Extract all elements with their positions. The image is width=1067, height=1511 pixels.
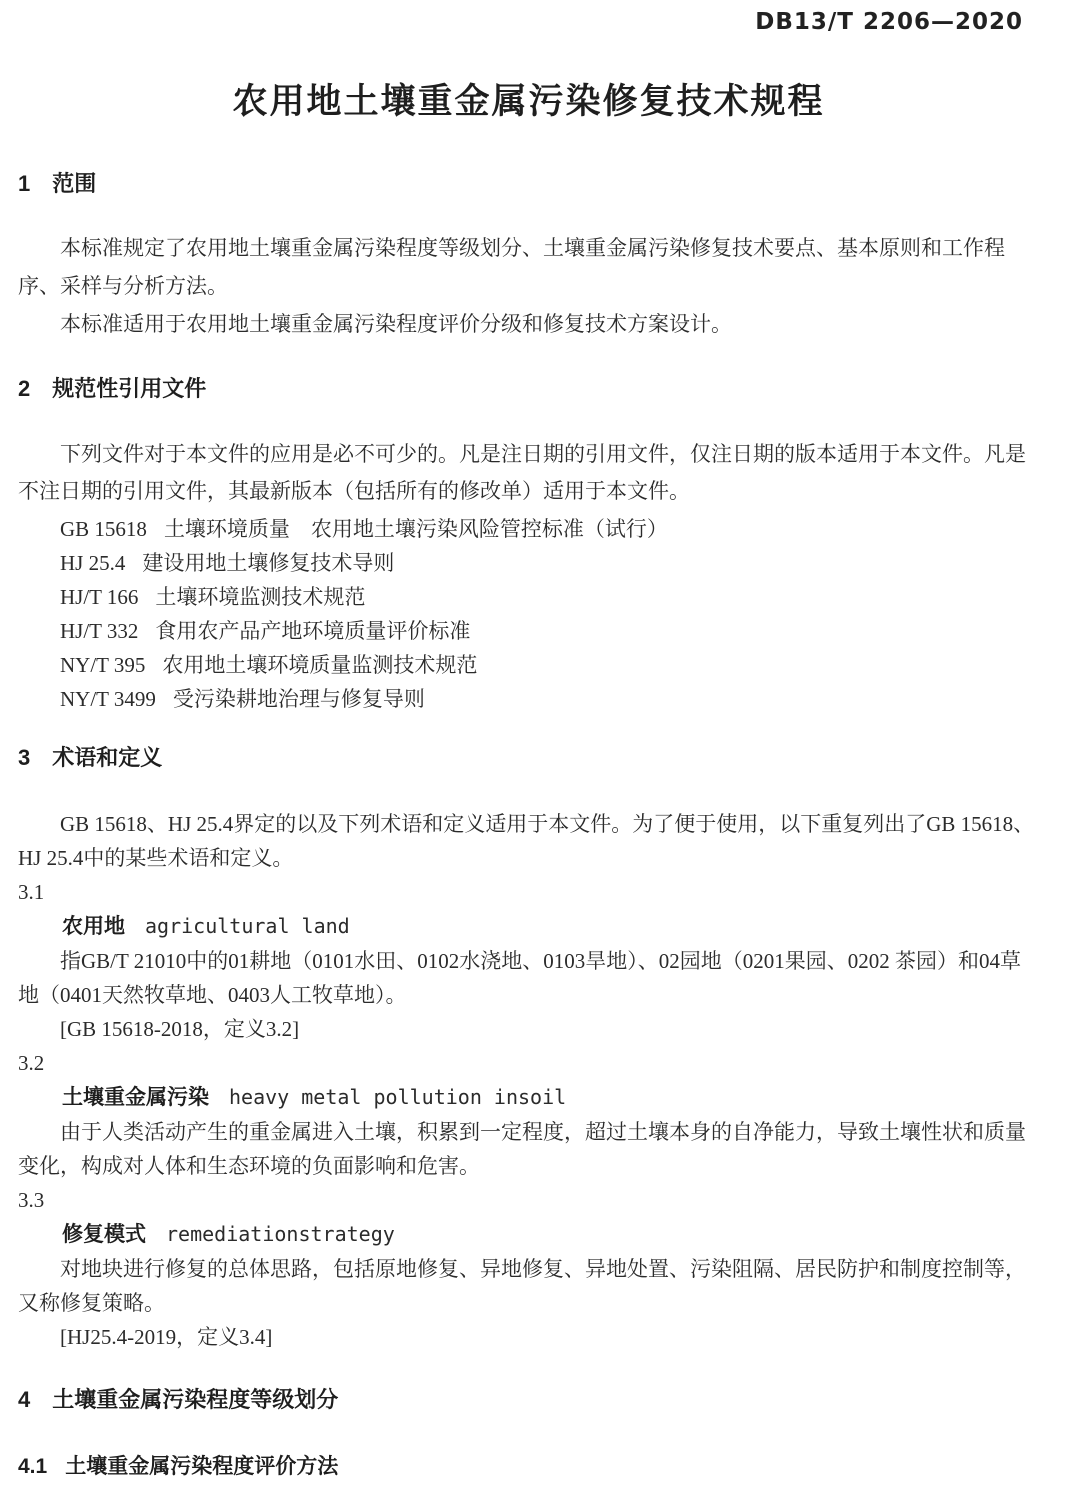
normative-references-list: GB 15618土壤环境质量 农用地土壤污染风险管控标准（试行） HJ 25.4… (18, 512, 1039, 716)
section-4-label: 土壤重金属污染程度等级划分 (52, 1387, 338, 1412)
term-chinese: 农用地 (62, 915, 125, 938)
section-2-label: 规范性引用文件 (52, 376, 206, 401)
term-chinese: 土壤重金属污染 (62, 1086, 209, 1109)
reference-code: HJ/T 332 (60, 619, 138, 643)
reference-item: HJ 25.4建设用地土壤修复技术导则 (18, 546, 1039, 580)
term-chinese: 修复模式 (62, 1223, 146, 1246)
term-title: 农用地agricultural land (18, 909, 1039, 944)
term-source: [GB 15618-2018，定义3.2] (18, 1012, 1039, 1046)
section-4-1-label: 土壤重金属污染程度评价方法 (65, 1455, 338, 1478)
term-title: 土壤重金属污染heavy metal pollution insoil (18, 1080, 1039, 1115)
term-number: 3.3 (18, 1183, 1039, 1217)
term-number: 3.1 (18, 875, 1039, 909)
section-1-number: 1 (18, 170, 30, 197)
section-3-number: 3 (18, 744, 30, 771)
section-1-heading: 1范围 (18, 170, 1039, 197)
reference-code: NY/T 395 (60, 653, 145, 677)
section-4-1-heading: 4.1土壤重金属污染程度评价方法 (18, 1453, 1039, 1480)
section-2-number: 2 (18, 375, 30, 402)
reference-code: HJ 25.4 (60, 551, 125, 575)
section-4-heading: 4土壤重金属污染程度等级划分 (18, 1386, 1039, 1413)
reference-item: GB 15618土壤环境质量 农用地土壤污染风险管控标准（试行） (18, 512, 1039, 546)
section-1-paragraph: 本标准适用于农用地土壤重金属污染程度评价分级和修复技术方案设计。 (18, 305, 1039, 343)
reference-item: NY/T 395农用地土壤环境质量监测技术规范 (18, 648, 1039, 682)
term-english: agricultural land (145, 914, 350, 938)
section-3-heading: 3术语和定义 (18, 744, 1039, 771)
doc-number: DB13/T 2206—2020 (18, 10, 1023, 34)
term-english: remediationstrategy (166, 1222, 395, 1246)
page-title: 农用地土壤重金属污染修复技术规程 (18, 80, 1039, 124)
reference-title: 食用农产品产地环境质量评价标准 (155, 619, 470, 643)
term-definition: 指GB/T 21010中的01耕地（0101水田、0102水浇地、0103旱地）… (18, 944, 1039, 1012)
section-1-label: 范围 (52, 171, 96, 196)
section-2-heading: 2规范性引用文件 (18, 375, 1039, 402)
section-1-paragraph: 本标准规定了农用地土壤重金属污染程度等级划分、土壤重金属污染修复技术要点、基本原… (18, 229, 1039, 305)
term-definition: 由于人类活动产生的重金属进入土壤，积累到一定程度，超过土壤本身的自净能力，导致土… (18, 1115, 1039, 1183)
section-3-body: GB 15618、HJ 25.4界定的以及下列术语和定义适用于本文件。为了便于使… (18, 807, 1039, 1354)
reference-code: HJ/T 166 (60, 585, 138, 609)
reference-item: HJ/T 166土壤环境监测技术规范 (18, 580, 1039, 614)
reference-title: 农用地土壤环境质量监测技术规范 (162, 653, 477, 677)
section-1-body: 本标准规定了农用地土壤重金属污染程度等级划分、土壤重金属污染修复技术要点、基本原… (18, 229, 1039, 343)
reference-item: NY/T 3499受污染耕地治理与修复导则 (18, 682, 1039, 716)
section-4-1-number: 4.1 (18, 1453, 47, 1480)
term-definition: 对地块进行修复的总体思路，包括原地修复、异地修复、异地处置、污染阻隔、居民防护和… (18, 1252, 1039, 1320)
section-4-number: 4 (18, 1386, 30, 1413)
section-3-intro-paragraph: GB 15618、HJ 25.4界定的以及下列术语和定义适用于本文件。为了便于使… (18, 807, 1039, 875)
term-number: 3.2 (18, 1046, 1039, 1080)
reference-code: NY/T 3499 (60, 687, 156, 711)
reference-title: 土壤环境监测技术规范 (155, 585, 365, 609)
reference-code: GB 15618 (60, 517, 147, 541)
document-page: DB13/T 2206—2020 农用地土壤重金属污染修复技术规程 1范围 本标… (0, 0, 1067, 1480)
section-3-label: 术语和定义 (52, 745, 162, 770)
section-2-intro: 下列文件对于本文件的应用是必不可少的。凡是注日期的引用文件，仅注日期的版本适用于… (18, 436, 1039, 510)
reference-title: 受污染耕地治理与修复导则 (173, 687, 425, 711)
reference-title: 土壤环境质量 农用地土壤污染风险管控标准（试行） (164, 517, 668, 541)
reference-item: HJ/T 332食用农产品产地环境质量评价标准 (18, 614, 1039, 648)
term-title: 修复模式remediationstrategy (18, 1217, 1039, 1252)
term-english: heavy metal pollution insoil (229, 1085, 566, 1109)
reference-title: 建设用地土壤修复技术导则 (142, 551, 394, 575)
term-source: [HJ25.4-2019，定义3.4] (18, 1320, 1039, 1354)
section-2-intro-paragraph: 下列文件对于本文件的应用是必不可少的。凡是注日期的引用文件，仅注日期的版本适用于… (18, 436, 1039, 510)
